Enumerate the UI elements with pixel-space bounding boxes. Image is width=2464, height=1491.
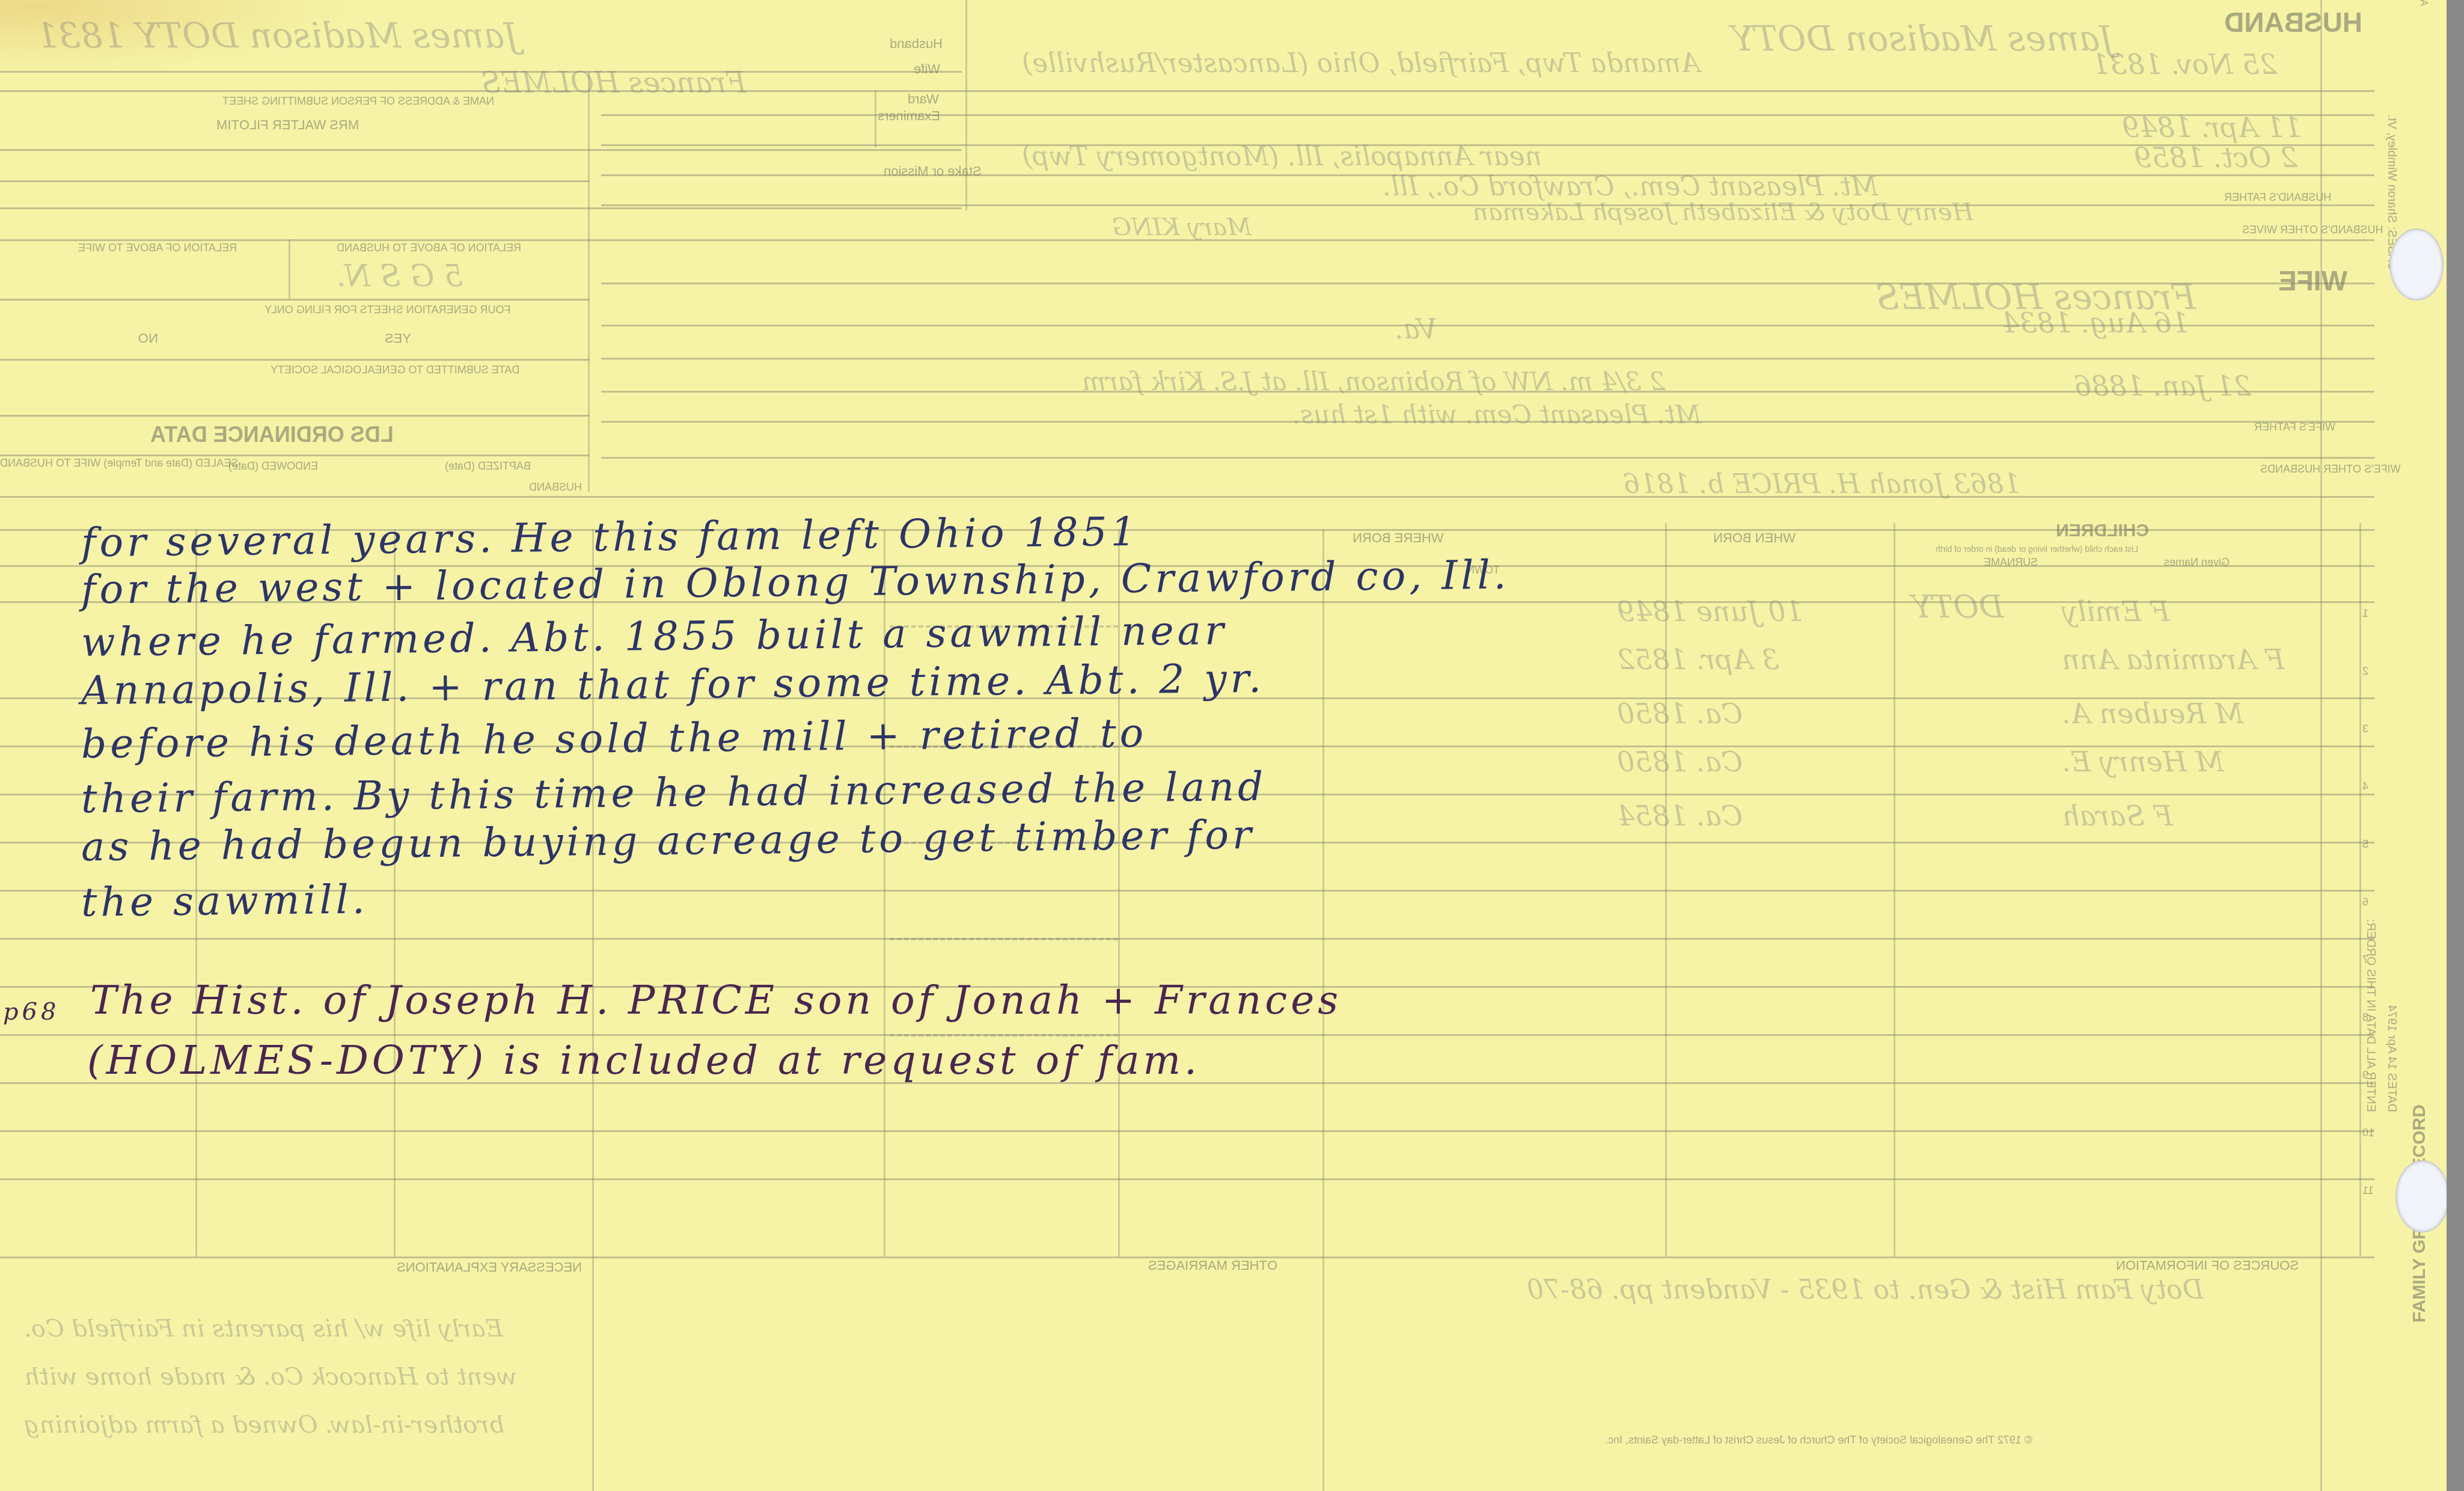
label-endowed: ENDOWED (Date)	[228, 460, 318, 473]
label-wife-section: WIFE	[2278, 265, 2347, 297]
addendum-line: The Hist. of Joseph H. PRICE son of Jona…	[90, 977, 1342, 1023]
row-number: 10	[2362, 1127, 2374, 1139]
ghost-husband-mar: 11 Apr. 1849	[2122, 111, 2302, 144]
ghost-child-name: F Emily	[2062, 595, 2169, 628]
addendum-line: (HOLMES-DOTY) is included at request of …	[87, 1037, 1200, 1083]
ghost-wife-bur-place: Mt. Pleasant Cem. with 1st hus.	[1292, 400, 1701, 429]
label-given-names: Given Names	[2164, 556, 2230, 569]
side-note-order: ENTER ALL DATA IN THIS ORDER:	[2364, 919, 2377, 1112]
page-reference: p68	[3, 998, 60, 1026]
label-children-subtitle: List each child (whether living or dead)…	[1936, 544, 2138, 554]
label-explanations: NECESSARY EXPLANATIONS	[397, 1260, 582, 1275]
label-surname: SURNAME	[1984, 556, 2038, 569]
checkbox-no: NO	[138, 331, 158, 346]
label-other-marriages: OTHER MARRIAGES	[1148, 1258, 1277, 1273]
label-husband: Husband	[890, 36, 943, 52]
ghost-explanations: Early life w/ his parents in Fairfield C…	[24, 1305, 565, 1449]
note-line: the sawmill.	[81, 877, 368, 926]
ghost-husband-father: Henry Doty & Elizabeth Joseph Lakeman	[1473, 198, 1973, 226]
label-sealed: SEALED (Date and Temple) WIFE TO HUSBAND	[0, 457, 238, 470]
label-when-born: WHEN BORN	[1713, 530, 1796, 546]
label-date-submitted: DATE SUBMITTED TO GENEALOGICAL SOCIETY	[271, 364, 519, 376]
label-wife: Wife	[914, 61, 940, 77]
label-stake: Stake or Mission	[884, 164, 982, 179]
side-note-dates: DATES 14 Apr 1974	[2385, 1005, 2398, 1112]
ghost-sources: Doty Fam Hist & Gen. to 1935 - Vandent p…	[1527, 1275, 2204, 1305]
ghost-husband-born-place: Amanda Twp, Fairfield, Ohio (Lancaster/R…	[1022, 48, 1700, 79]
ghost-child-born: Ca. 1850	[1617, 697, 1743, 730]
row-number: 6	[2362, 896, 2368, 908]
label-husband-row: HUSBAND	[529, 481, 582, 494]
ghost-husband-mother: Mary KING	[1112, 213, 1252, 241]
label-husbands-father: HUSBAND'S FATHER	[2224, 191, 2331, 204]
ghost-husband-name: James Madison DOTY	[1731, 18, 2114, 59]
row-number: 5	[2362, 838, 2368, 851]
copyright: © 1972 The Genealogical Society of The C…	[1605, 1434, 2032, 1447]
label-husband-section: HUSBAND	[2224, 6, 2362, 38]
note-line: as he had begun buying acreage to get ti…	[81, 812, 1255, 870]
label-where-born: WHERE BORN	[1353, 530, 1444, 546]
row-number: 1	[2362, 607, 2368, 620]
ghost-wife-other-husbands: 1863 Jonah H. PRICE b. 1816	[1623, 469, 2020, 500]
row-number: 11	[2362, 1184, 2374, 1197]
ghost-wife-died: 21 Jan. 1886	[2074, 370, 2251, 402]
ghost-child-name: M Henry E.	[2062, 745, 2224, 778]
ghost-wife-died-place: 2 3/4 m. NW of Robinson, Ill. at J.S. Ki…	[1082, 367, 1665, 396]
label-wifes-other-husbands: WIFE'S OTHER HUSBANDS	[2260, 463, 2400, 476]
label-children: CHILDREN	[2056, 521, 2149, 541]
ghost-husband-bur-place: Mt. Pleasant Cem., Crawford Co., Ill.	[1383, 171, 1878, 202]
note-line: Annapolis, Ill. + ran that for some time…	[81, 655, 1265, 714]
label-lds-ordinance: LDS ORDINANCE DATA	[150, 422, 394, 447]
ghost-child-name: F Araminta Ann	[2062, 643, 2284, 676]
record-sheet: Husband Wife Ward Examiners Stake or Mis…	[0, 0, 2447, 1491]
punch-hole-bottom	[2395, 1160, 2447, 1232]
ghost-child-born: 10 June 1849	[1617, 595, 1803, 628]
submitter-name: MRS WALTER FILOTIM	[216, 117, 359, 133]
ghost-header-wife: Frances HOLMES	[481, 66, 746, 100]
ghost-child-surname: DOTY	[1912, 589, 2004, 625]
ghost-wife-born: 16 Aug. 1834	[2002, 307, 2189, 339]
label-examiners: Examiners	[878, 108, 940, 124]
label-husbands-other-wives: HUSBAND'S OTHER WIVES	[2242, 224, 2383, 236]
ghost-child-name: M Reuben A.	[2062, 697, 2243, 730]
row-number: 2	[2362, 665, 2368, 678]
note-line: before his death he sold the mill + reti…	[81, 710, 1148, 768]
label-relation-husband: RELATION OF ABOVE TO HUSBAND	[337, 242, 521, 254]
label-sources: SOURCES OF INFORMATION	[2116, 1258, 2299, 1273]
label-submitter: NAME & ADDRESS OF PERSON SUBMITTING SHEE…	[222, 95, 494, 108]
row-number: 3	[2362, 723, 2368, 735]
row-number: 4	[2362, 780, 2368, 793]
ghost-husband-died: 2 Oct. 1859	[2134, 141, 2297, 174]
ghost-child-name: F Sarah	[2062, 800, 2173, 832]
label-four-generation: FOUR GENERATION SHEETS FOR FILING ONLY	[264, 304, 510, 316]
ghost-wife-born-place: Va.	[1395, 313, 1437, 345]
label-ward: Ward	[908, 91, 939, 107]
corner-code: AD ON XSOTS	[2418, 0, 2429, 6]
ghost-husband-born: 25 Nov. 1831	[2092, 48, 2277, 81]
label-wifes-father: WIFE'S FATHER	[2254, 421, 2335, 433]
label-baptized: BAPTIZED (Date)	[445, 460, 531, 473]
label-relation-wife: RELATION OF ABOVE TO WIFE	[78, 242, 237, 254]
ghost-child-born: 3 Apr. 1852	[1617, 643, 1779, 676]
ghost-child-born: Ca. 1850	[1617, 745, 1743, 778]
ghost-husband-died-place: near Annapolis, Ill. (Montgomery Twp)	[1022, 141, 1542, 172]
checkbox-yes: YES	[385, 331, 411, 346]
ghost-header-husband: James Madison DOTY 1831	[36, 15, 519, 56]
relation-value: 5 G S N.	[337, 259, 463, 293]
ghost-child-born: Ca. 1854	[1617, 800, 1743, 832]
punch-hole-top	[2389, 228, 2444, 301]
